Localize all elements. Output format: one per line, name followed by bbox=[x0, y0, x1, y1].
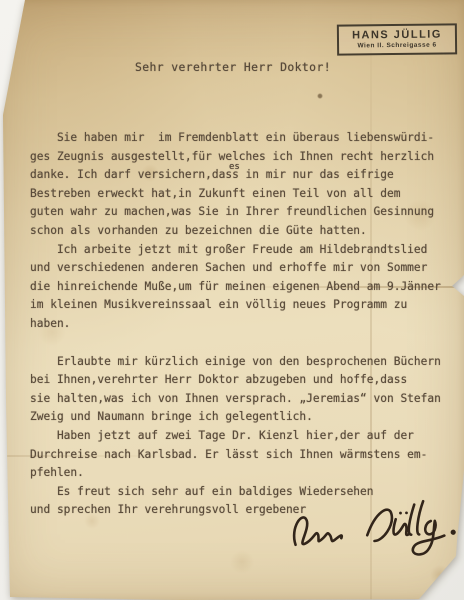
letter-line: danke. Ich darf versichern,dass in mir n… bbox=[30, 166, 450, 185]
letter-line: Erlaubte mir kürzlich einige von den bes… bbox=[30, 353, 450, 372]
letter-line: sie halten,was ich von Ihnen versprach. … bbox=[30, 390, 450, 409]
sender-address: Wien II. Schreigasse 6 bbox=[341, 41, 453, 49]
umlaut-dot-2 bbox=[405, 511, 408, 514]
letter-line: Zweig und Naumann bringe ich gelegentlic… bbox=[30, 408, 450, 427]
letter-body: es Sie haben mir im Fremdenblatt ein übe… bbox=[30, 129, 450, 520]
letter-line: bei Ihnen,verehrter Herr Doktor abzugebe… bbox=[30, 371, 450, 390]
letter-photo: HANS JÜLLIG Wien II. Schreigasse 6 Sehr … bbox=[0, 0, 464, 600]
letter-line: ges Zeugnis ausgestellt,für welches ich … bbox=[30, 148, 450, 167]
letter-paragraph: Erlaubte mir kürzlich einige von den bes… bbox=[30, 353, 450, 427]
signature-period-dot bbox=[451, 530, 456, 535]
letter-line: Haben jetzt auf zwei Tage Dr. Kienzl hie… bbox=[30, 427, 450, 446]
letter-line: schon als vorhanden zu bezeichnen die Gü… bbox=[30, 222, 450, 241]
sender-stamp: HANS JÜLLIG Wien II. Schreigasse 6 bbox=[337, 23, 457, 55]
letter-line: im kleinen Musikvereinssaal ein völlig n… bbox=[30, 296, 450, 315]
typed-insertion: es bbox=[229, 158, 240, 177]
signature-stroke-hans bbox=[293, 516, 342, 545]
letter-line: pfehlen. bbox=[30, 464, 450, 483]
letter-paragraph: Haben jetzt auf zwei Tage Dr. Kienzl hie… bbox=[30, 427, 450, 483]
letter-paragraph: Sie haben mir im Fremdenblatt ein überau… bbox=[30, 129, 450, 241]
letter-line: die hinreichende Muße,um für meinen eige… bbox=[30, 278, 450, 297]
paper-sheet: HANS JÜLLIG Wien II. Schreigasse 6 Sehr … bbox=[0, 0, 464, 600]
salutation: Sehr verehrter Herr Doktor! bbox=[135, 60, 331, 74]
letter-line: und verschiedenen anderen Sachen und erh… bbox=[30, 259, 450, 278]
letter-line: guten wahr zu machen,was Sie in Ihrer fr… bbox=[30, 203, 450, 222]
letter-line: Ich arbeite jetzt mit großer Freude am H… bbox=[30, 241, 450, 260]
sender-name: HANS JÜLLIG bbox=[341, 28, 453, 41]
signature-stroke-juellig bbox=[366, 501, 445, 557]
letter-line: Durchreise nach Karlsbad. Er lässt sich … bbox=[30, 446, 450, 465]
umlaut-dot-1 bbox=[399, 512, 402, 515]
letter-line: Bestreben erweckt hat,in Zukunft einen T… bbox=[30, 185, 450, 204]
letter-paragraph: Ich arbeite jetzt mit großer Freude am H… bbox=[30, 241, 450, 334]
letter-line: Sie haben mir im Fremdenblatt ein überau… bbox=[30, 129, 450, 148]
signature: Hans Jüllig. bbox=[287, 487, 462, 569]
letter-line: haben. bbox=[30, 315, 450, 334]
